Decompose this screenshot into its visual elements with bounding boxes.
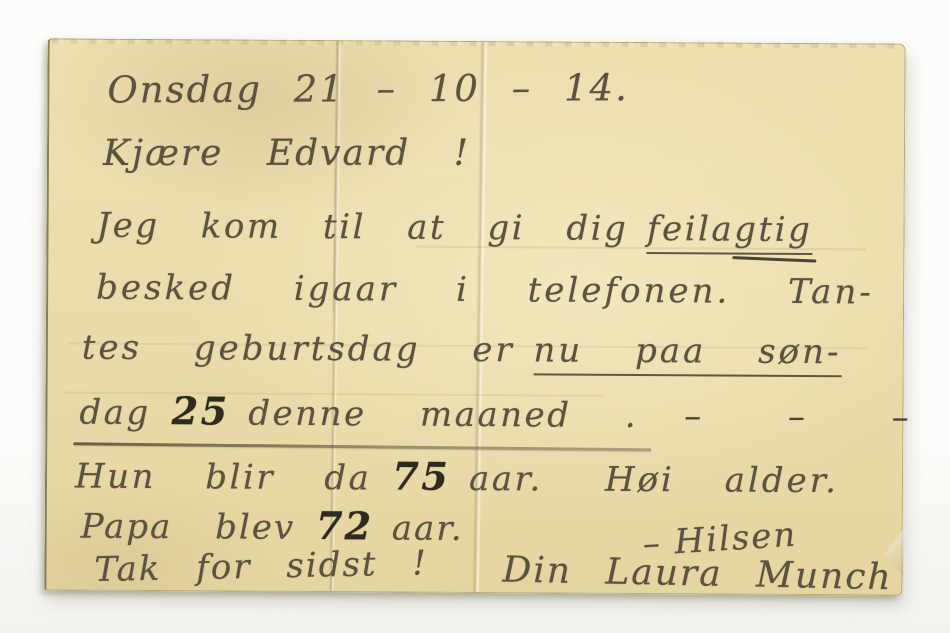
farewell-line: Tak for sidst !	[94, 543, 428, 590]
body-line-3: tes geburtsdag ernu paa søn-	[82, 328, 842, 373]
body-text: denne maaned .	[248, 394, 638, 436]
body-text: Hun blir da	[75, 457, 372, 499]
body-text: Jeg kom til at gi dig	[96, 206, 628, 249]
signature: Din Laura Munch	[502, 549, 893, 598]
body-text: dag	[79, 393, 151, 433]
signature-text: Din Laura Munch	[502, 549, 893, 598]
letter-salutation: Kjære Edvard !	[103, 133, 470, 174]
age-number-75: 75	[392, 453, 450, 498]
letter-date: Onsdag 21 – 10 – 14.	[107, 66, 629, 111]
underlined-word-feilagtig: feilagtig	[647, 209, 813, 255]
body-text: tes geburtsdag er	[82, 328, 515, 371]
age-number-72: 72	[316, 503, 373, 548]
pencil-underline-rule	[73, 442, 651, 451]
body-line-4: dag25denne maaned .– – –	[79, 388, 927, 438]
postcard: Onsdag 21 – 10 – 14. Kjære Edvard ! Jeg …	[44, 38, 905, 595]
body-text: Høi alder.	[605, 460, 839, 501]
body-text: besked igaar i telefonen. Tan-	[96, 268, 874, 313]
salutation-text: Kjære Edvard !	[103, 133, 470, 174]
body-line-6: Papa blev72aar.	[81, 502, 464, 549]
date-number-25: 25	[172, 388, 230, 433]
body-line-2: besked igaar i telefonen. Tan-	[96, 268, 874, 313]
body-text: Papa blev	[81, 507, 296, 548]
body-line-5: Hun blir da75aar.Høi alder.	[75, 452, 839, 502]
scan-background: Onsdag 21 – 10 – 14. Kjære Edvard ! Jeg …	[0, 0, 950, 633]
trailing-dashes: – – –	[684, 396, 927, 437]
body-text: aar.	[469, 459, 543, 499]
body-line-1: Jeg kom til at gi digfeilagtig	[96, 206, 812, 250]
fold-crease-center	[472, 42, 488, 592]
farewell-text: Tak for sidst !	[94, 543, 428, 590]
date-text: Onsdag 21 – 10 – 14.	[107, 66, 629, 111]
underlined-phrase-nu-paa-son: nu paa søn-	[533, 330, 841, 377]
